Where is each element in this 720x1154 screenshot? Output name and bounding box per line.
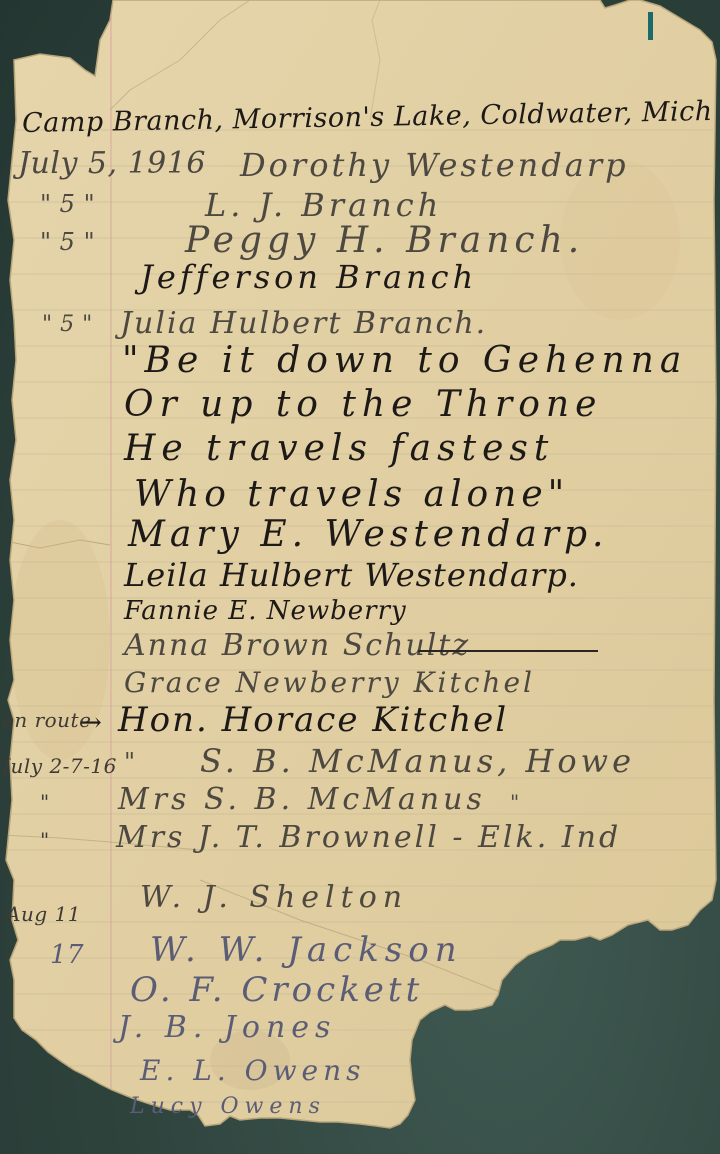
entry-name: Peggy H. Branch. — [185, 220, 584, 261]
arrow-icon: → — [80, 708, 102, 738]
signature: Leila Hulbert Westendarp. — [124, 556, 579, 594]
entry-name: Mrs J. T. Brownell - Elk. Ind — [116, 820, 621, 855]
signature: Mary E. Westendarp. — [128, 514, 609, 555]
entry-name: Hon. Horace Kitchel — [118, 700, 508, 740]
entry-date: July 5, 1916 — [18, 146, 206, 181]
margin-note: July 2-7-16 — [2, 754, 117, 778]
margin-note: Aug 11 — [6, 902, 81, 926]
entry-date: " 5 " — [40, 190, 95, 218]
pencil-signature: O. F. Crockett — [130, 970, 423, 1010]
pencil-signature: W. W. Jackson — [150, 930, 463, 970]
pencil-signature: E. L. Owens — [140, 1054, 366, 1087]
verse-line: Or up to the Throne — [124, 384, 602, 425]
margin-note: " — [40, 790, 50, 814]
entry-name: Jefferson Branch — [140, 258, 477, 296]
pencil-signature: J. B. Jones — [118, 1010, 336, 1045]
margin-note: 17 — [50, 940, 84, 970]
ditto-mark: " — [124, 748, 136, 776]
signature: Fannie E. Newberry — [124, 596, 407, 626]
entry-name: Dorothy Westendarp — [240, 146, 629, 184]
margin-note: en route — [2, 708, 91, 732]
signature: Grace Newberry Kitchel — [124, 666, 535, 699]
signature-text: Anna Brown Schultz — [124, 628, 470, 663]
teal-tab-marker — [648, 12, 653, 40]
verse-line: "Be it down to Gehenna — [122, 340, 687, 381]
signature: Anna Brown Schultz — [124, 628, 470, 663]
entry-name: S. B. McManus, Howe — [200, 742, 635, 780]
pencil-signature: Lucy Owens — [130, 1094, 326, 1119]
ditto-mark: " — [510, 790, 520, 814]
verse-line: Who travels alone" — [134, 474, 569, 515]
document-scan: Camp Branch, Morrison's Lake, Coldwater,… — [0, 0, 720, 1154]
margin-note: " — [40, 828, 50, 852]
entry-name: L. J. Branch — [205, 186, 442, 224]
entry-name: Mrs S. B. McManus — [118, 782, 486, 817]
verse-line: He travels fastest — [124, 428, 554, 469]
entry-name: W. J. Shelton — [140, 880, 408, 915]
strike-through-line — [418, 650, 598, 652]
entry-date: " 5 " — [42, 312, 93, 337]
entry-name: Julia Hulbert Branch. — [120, 306, 487, 341]
entry-date: " 5 " — [40, 228, 95, 256]
